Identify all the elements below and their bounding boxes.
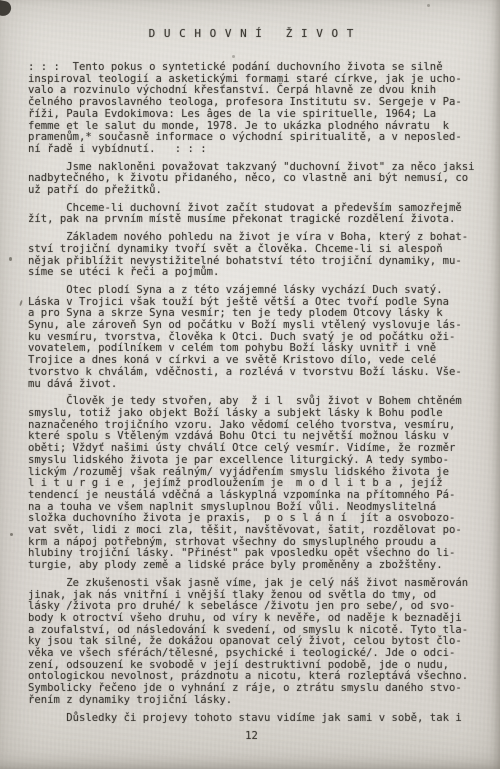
paragraph-2: Jsme nakloněni považovat takzvaný "ducho…: [28, 162, 475, 197]
scan-speck: [19, 300, 23, 306]
paragraph-3: Chceme-li duchovní život začít studovat …: [28, 203, 475, 226]
document-page: D U C H O V N Í Ž I V O T : : : Tento po…: [0, 0, 500, 769]
paragraph-8: Důsledky či projevy tohoto stavu vidíme …: [28, 713, 475, 725]
paragraph-6: Člověk je tedy stvořen, aby ž i l svůj ž…: [28, 396, 475, 572]
document-body: : : : Tento pokus o syntetické podání du…: [28, 62, 475, 724]
scan-speck: [9, 257, 12, 261]
scan-speck: [10, 533, 13, 536]
scan-speck: [427, 4, 430, 7]
paragraph-intro: : : : Tento pokus o syntetické podání du…: [28, 62, 475, 156]
paragraph-5: Otec plodí Syna a z této vzájemné lásky …: [28, 285, 475, 390]
page-number: 12: [28, 730, 475, 742]
paragraph-7: Ze zkušenosti však jasně víme, jak je ce…: [28, 578, 475, 707]
paragraph-4: Základem nového pohledu na život je víra…: [28, 232, 475, 279]
scan-speck: [232, 55, 235, 58]
scan-artifact-corner: [0, 0, 12, 17]
page-title: D U C H O V N Í Ž I V O T: [28, 27, 475, 40]
